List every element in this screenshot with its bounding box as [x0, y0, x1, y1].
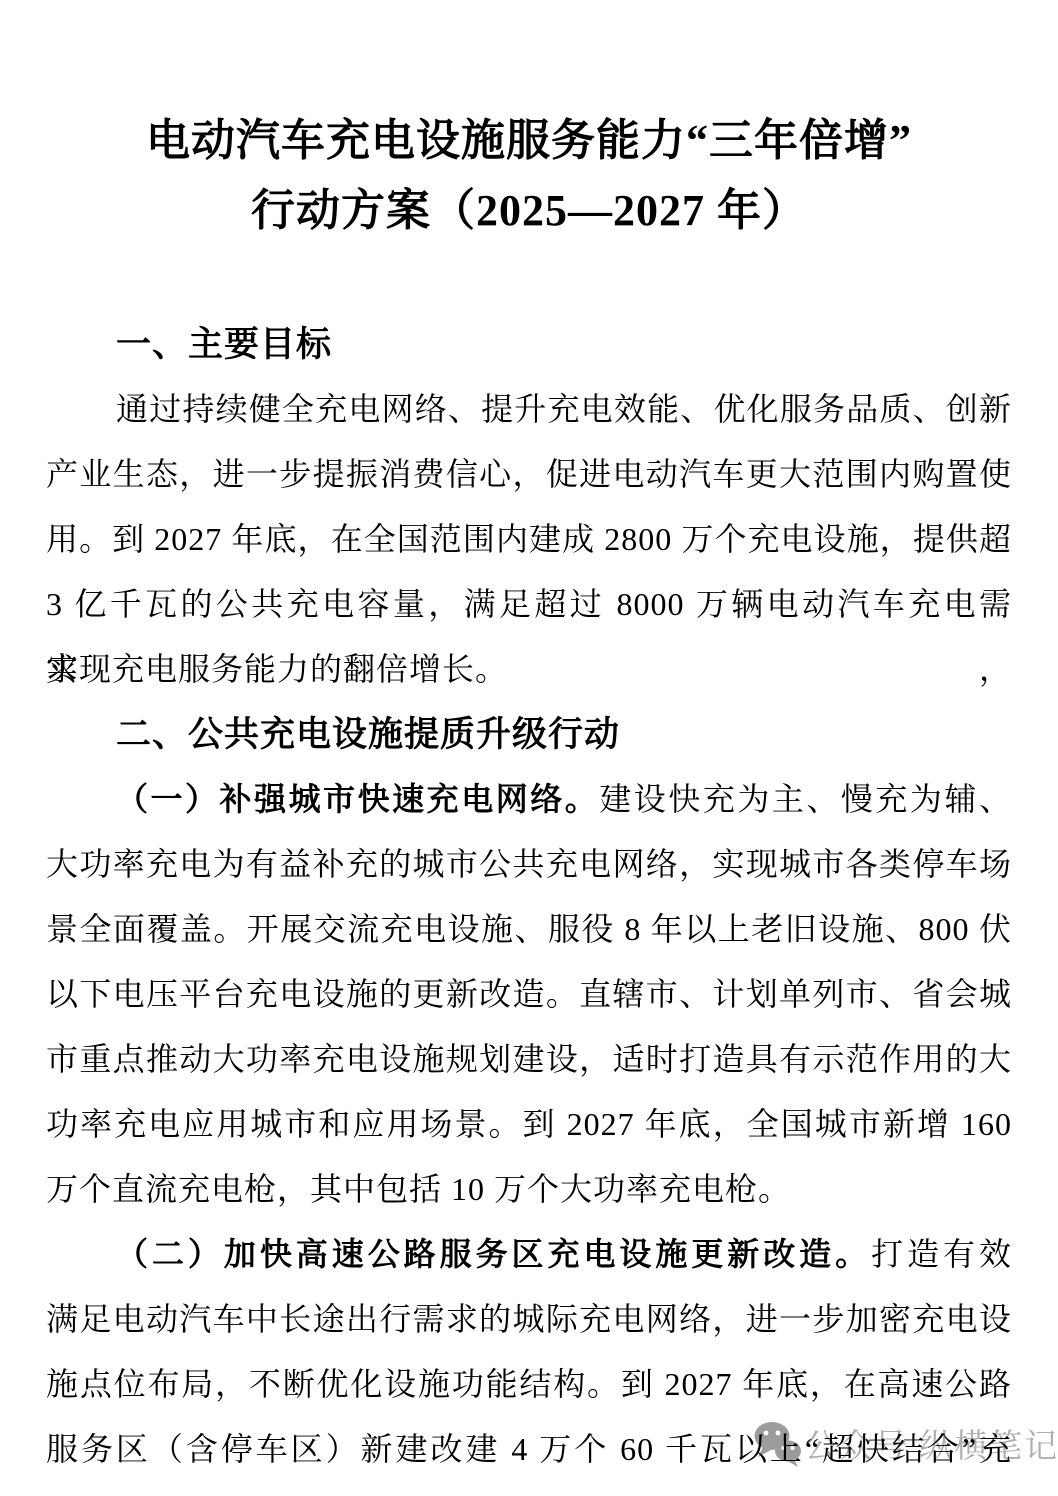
paragraph-line: 满足电动汽车中长途出行需求的城际充电网络，进一步加密充电设	[46, 1287, 1012, 1352]
paragraph-line: （二）加快高速公路服务区充电设施更新改造。打造有效	[46, 1222, 1012, 1287]
section-heading-main-goals: 一、主要目标	[46, 312, 1012, 377]
paragraph-line: 以下电压平台充电设施的更新改造。直辖市、计划单列市、省会城	[46, 962, 1012, 1027]
paragraph-line: 服务区（含停车区）新建改建 4 万个 60 千瓦以上“超快结合”充	[46, 1417, 1012, 1482]
document-page: { "title": { "line1": "电动汽车充电设施服务能力“三年倍增…	[0, 0, 1058, 1496]
paragraph-line: 3 亿千瓦的公共充电容量，满足超过 8000 万辆电动汽车充电需求，	[46, 572, 1012, 637]
paragraph-line: 市重点推动大功率充电设施规划建设，适时打造具有示范作用的大	[46, 1027, 1012, 1092]
paragraph-line: 通过持续健全充电网络、提升充电效能、优化服务品质、创新	[46, 377, 1012, 442]
paragraph-line: 产业生态，进一步提振消费信心，促进电动汽车更大范围内购置使	[46, 442, 1012, 507]
paragraph-lead: （二）加快高速公路服务区充电设施更新改造。	[116, 1236, 871, 1272]
section-heading-public-charging: 二、公共充电设施提质升级行动	[46, 702, 1012, 767]
paragraph-line: 万个直流充电枪，其中包括 10 万个大功率充电枪。	[46, 1157, 1012, 1222]
document-title: 电动汽车充电设施服务能力“三年倍增” 行动方案（2025—2027 年）	[46, 106, 1012, 246]
paragraph-line: 大功率充电为有益补充的城市公共充电网络，实现城市各类停车场	[46, 832, 1012, 897]
paragraph-line: 景全面覆盖。开展交流充电设施、服役 8 年以上老旧设施、800 伏	[46, 897, 1012, 962]
document: 电动汽车充电设施服务能力“三年倍增” 行动方案（2025—2027 年） 一、主…	[0, 0, 1058, 1482]
paragraph-line: （一）补强城市快速充电网络。建设快充为主、慢充为辅、	[46, 767, 1012, 832]
paragraph-text: 建设快充为主、慢充为辅、	[599, 781, 1012, 817]
paragraph-line: 功率充电应用城市和应用场景。到 2027 年底，全国城市新增 160	[46, 1092, 1012, 1157]
title-line-2: 行动方案（2025—2027 年）	[46, 176, 1012, 246]
paragraph-lead: （一）补强城市快速充电网络。	[116, 781, 599, 817]
title-line-1: 电动汽车充电设施服务能力“三年倍增”	[46, 106, 1012, 176]
paragraph-line: 用。到 2027 年底，在全国范围内建成 2800 万个充电设施，提供超	[46, 507, 1012, 572]
paragraph-text: 打造有效	[871, 1236, 1012, 1272]
paragraph-line: 施点位布局，不断优化设施功能结构。到 2027 年底，在高速公路	[46, 1352, 1012, 1417]
